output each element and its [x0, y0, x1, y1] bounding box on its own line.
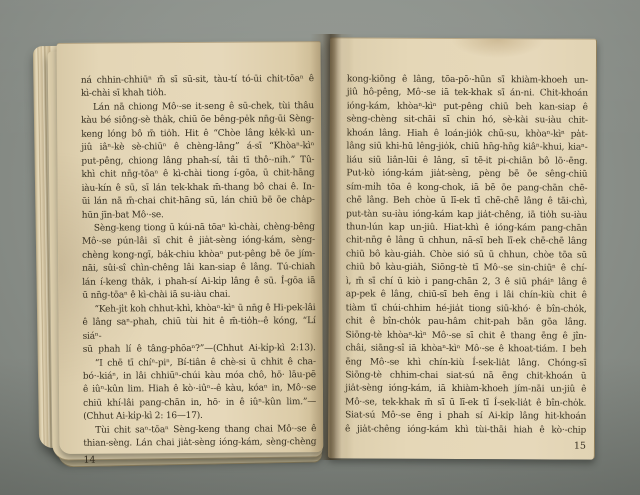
- text-line: chit-nn̄g ê lâng ū chhun, nā-sī beh lī-e…: [346, 235, 587, 250]
- text-line: sím-mi̍h tōa ê kong-chok, iā bē ōe pang-…: [346, 181, 587, 196]
- text-line: chit ê bîn-cho̍k pau-hâm chit-pah bān gō…: [346, 316, 587, 331]
- text-line: thun-lún kap un-jiû. Hiat-khì ê ióng-kám…: [346, 221, 587, 236]
- text-line: thian-sèng. Lán chai jia̍t-sèng ióng-kám…: [83, 436, 316, 451]
- text-line: chiū khí-lâi pang-chān in, hō· in ê iûⁿ-…: [83, 396, 316, 411]
- text-line: tiàm tī chúi-chhim hé-jia̍t tiong siū-kh…: [346, 302, 587, 317]
- left-page: ná chhin-chhiūⁿ m̄ sī sū-sit, tàu-tí tó-…: [57, 41, 324, 454]
- text-line: ê jia̍t-chêng ióng-kám khì tùi-thāi hiah…: [345, 423, 586, 438]
- text-line: sèng-chèng sit-chāi sī chin hó, sè-kài s…: [347, 114, 588, 129]
- text-line: châi, siāng-sî iā khòaⁿ-kìⁿ Mô·-se ê kho…: [345, 342, 586, 357]
- text-line: ióng-kám, khòaⁿ-kìⁿ put-pêng chiū beh ka…: [347, 100, 588, 115]
- text-line: Mô·-se, tek-khak m̄ sī ū lī-ek tī Í-sek-…: [345, 396, 586, 411]
- right-page-number: 15: [345, 439, 586, 454]
- text-line: ap-pek ê lâng, chiū-sī beh ēng i lâi chí…: [346, 289, 587, 304]
- text-line: kàu bé siông-sè tha̍k, chiū ōe bêng-pe̍k…: [81, 113, 314, 128]
- photo-background: ná chhin-chhiūⁿ m̄ sī sū-sit, tàu-tí tó-…: [0, 0, 640, 495]
- text-line: ì, m̄ sī chí ū kiò i pang-chān 2, 3 ê si…: [346, 275, 587, 290]
- left-page-text: ná chhin-chhiūⁿ m̄ sī sū-sit, tàu-tí tó-…: [81, 73, 317, 467]
- text-line: liáu siū liân-lūi ê lâng, sī tē-it pi-ch…: [346, 154, 587, 169]
- open-book: ná chhin-chhiūⁿ m̄ sī sū-sit, tàu-tí tó-…: [36, 30, 602, 462]
- text-line: put-tàn su-iàu ióng-kám kap jia̍t-chêng,…: [346, 208, 587, 223]
- text-line: jia̍t-sèng ióng-kám, iā khiàm-khoeh jím-…: [345, 383, 586, 398]
- text-line: chiū bô kàu-gia̍h, Siōng-tè tī Mô·-se si…: [346, 262, 587, 277]
- text-line: lán í-keng tha̍k, i phah-sí Ai-ki̍p lâng…: [82, 275, 315, 290]
- text-line: ê lâng saⁿ-phah, chiū tùi hit ê m̄-tio̍h…: [82, 315, 315, 344]
- text-line: nāi, sûi-sî chìn-chêng lâi kan-siap ê lâ…: [82, 261, 315, 276]
- text-line: Put-kò ióng-kám jia̍t-sèng, pèng bē ōe s…: [346, 168, 587, 183]
- text-line: ēng Mô·-se khì chín-kiù Í-sek-lia̍t lâng…: [345, 356, 586, 371]
- text-line: khì chit nn̄g-tōaⁿ ê kì-chài tiong í-gōa…: [81, 167, 314, 182]
- text-line: jiû iâⁿ-kè sè-chiūⁿ ê chèng-lâng” á-sī “…: [81, 140, 314, 155]
- text-line: lâng siū khi-hū lêng-jio̍k, chiū hn̄g-hn…: [346, 141, 587, 156]
- text-line: Siat-sú Mô·-se ēng i phah sí Ai-ki̍p lân…: [345, 410, 586, 425]
- text-line: chiū bô kàu-gia̍h. Chòe sió sū ū chhun, …: [346, 248, 587, 263]
- text-line: kong-kiōng ê lâng, tōa-pō·-hūn sī khiàm-…: [347, 73, 588, 88]
- left-page-number: 14: [83, 452, 316, 467]
- right-page-text: kong-kiōng ê lâng, tōa-pō·-hūn sī khiàm-…: [345, 73, 588, 453]
- text-line: sū phah lí ê tâng-phōaⁿ?”—(Chhut Ai-ki̍p…: [83, 342, 316, 357]
- text-line: chē lâng. Beh chòe ū lī-ek tī chē-chē lâ…: [346, 194, 587, 209]
- text-line: ná chhin-chhiūⁿ m̄ sī sū-sit, tàu-tí tó-…: [81, 73, 314, 88]
- text-line: Siōng-tè khòaⁿ-kìⁿ Mô·-se sī chit ê than…: [346, 329, 587, 344]
- text-line: Siōng-tè chhim-chai siat-sú nā ēng chit-…: [345, 369, 586, 384]
- text-line: ūi lán nā m̄-chai chit-hāng sū, lán chiū…: [82, 194, 315, 209]
- right-page: kong-kiōng ê lâng, tōa-pō·-hūn sī khiàm-…: [328, 37, 597, 459]
- text-line: jiû hô-pêng, Mô·-se iā tek-khak sī án-ni…: [347, 87, 588, 102]
- text-line: khoán lâng. Hiah ê loán-jio̍k chū-su, kh…: [347, 127, 588, 142]
